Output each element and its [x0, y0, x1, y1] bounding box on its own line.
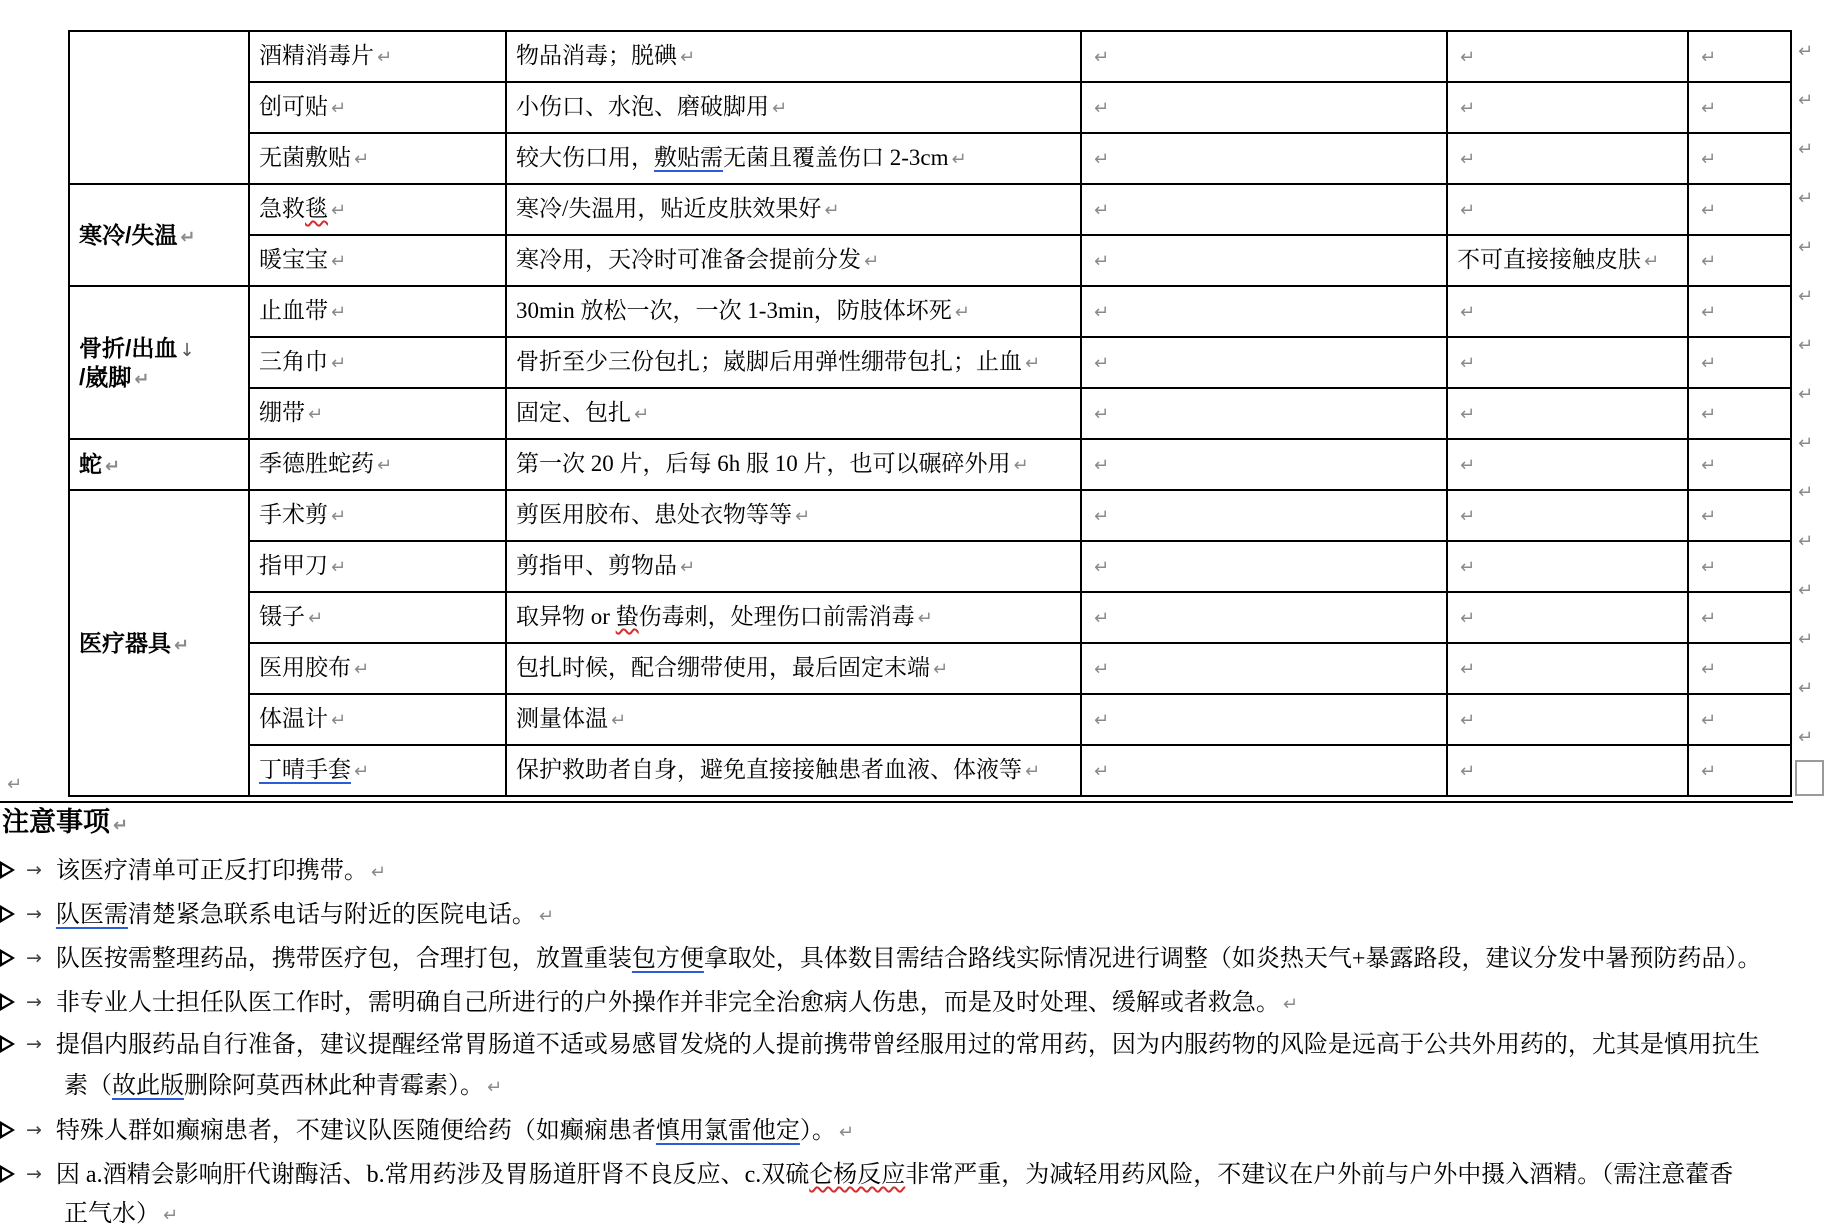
pilcrow-mark: ↵	[1091, 506, 1109, 527]
note-item: →特殊人群如癫痫患者，不建议队医随便给药（如癫痫患者慎用氯雷他定）。↵	[0, 1114, 854, 1149]
note-text: 素（	[64, 1073, 112, 1099]
remark-cell: ↵	[1447, 133, 1688, 184]
row-end-mark: ↵	[1798, 667, 1813, 716]
note-item-continued: 素（故此版删除阿莫西林此种青霉素）。↵	[0, 1070, 502, 1104]
empty-cell: ↵	[1081, 439, 1447, 490]
pilcrow-mark: ↵	[328, 200, 346, 221]
item-cell: 体温计↵	[249, 694, 506, 745]
pilcrow-mark: ↵	[1091, 455, 1109, 476]
empty-cell: ↵	[1081, 184, 1447, 235]
pilcrow-mark: ↵	[1280, 994, 1298, 1015]
usage-cell: 剪指甲、剪物品↵	[506, 541, 1081, 592]
paragraph-mark: ↵	[4, 774, 22, 795]
note-item-continued: 正气水）↵	[0, 1198, 178, 1224]
pilcrow-mark: ↵	[1091, 98, 1109, 119]
note-text: ）。	[800, 1118, 836, 1144]
usage-cell: 寒冷/失温用，贴近皮肤效果好↵	[506, 184, 1081, 235]
pilcrow-mark: ↵	[608, 710, 626, 731]
empty-cell: ↵	[1081, 31, 1447, 82]
item-cell: 暖宝宝↵	[249, 235, 506, 286]
pilcrow-mark: ↵	[1698, 761, 1716, 782]
empty-cell: ↵	[1688, 541, 1791, 592]
remark-cell: ↵	[1447, 286, 1688, 337]
pilcrow-mark: ↵	[351, 149, 369, 170]
usage-cell: 第一次 20 片，后每 6h 服 10 片，也可以碾碎外用↵	[506, 439, 1081, 490]
item-cell: 急救毯↵	[249, 184, 506, 235]
pilcrow-mark: ↵	[305, 404, 323, 425]
anchor-box	[1795, 760, 1824, 796]
remark-cell: ↵	[1447, 592, 1688, 643]
note-text: 因 a.酒精会影响肝代谢酶活、b.常用药涉及胃肠道肝肾不良反应、c.双硫	[56, 1162, 809, 1188]
item-cell: 镊子↵	[249, 592, 506, 643]
item-cell: 三角巾↵	[249, 337, 506, 388]
empty-cell: ↵	[1081, 643, 1447, 694]
empty-cell: ↵	[1081, 694, 1447, 745]
pilcrow-mark: ↵	[1641, 251, 1659, 272]
tab-mark: →	[26, 1163, 42, 1185]
pilcrow-mark: ↵	[1457, 149, 1475, 170]
table-row: 指甲刀↵ 剪指甲、剪物品↵ ↵ ↵ ↵	[69, 541, 1791, 592]
underlined-text: 丁晴手套	[259, 757, 351, 782]
remark-cell: ↵	[1447, 490, 1688, 541]
row-end-mark: ↵	[1798, 275, 1813, 324]
item-cell: 季德胜蛇药↵	[249, 439, 506, 490]
tab-mark: →	[26, 1033, 42, 1055]
usage-cell: 小伤口、水泡、磨破脚用↵	[506, 82, 1081, 133]
note-item: →非专业人士担任队医工作时，需明确自己所进行的户外操作并非完全治愈病人伤患，而是…	[0, 986, 1298, 1021]
usage-text: 寒冷/失温用，贴近皮肤效果好	[516, 196, 821, 221]
item-label: 季德胜蛇药	[259, 451, 374, 476]
note-text: 特殊人群如癫痫患者，不建议队医随便给药（如癫痫患者	[56, 1118, 656, 1144]
pilcrow-mark: ↵	[1698, 251, 1716, 272]
underlined-text: 包方便	[632, 946, 704, 972]
table-row: 绷带↵ 固定、包扎↵ ↵ ↵ ↵	[69, 388, 1791, 439]
bullet-arrow-icon	[0, 993, 15, 1011]
table-row: 酒精消毒片↵ 物品消毒；脱碘↵ ↵ ↵ ↵	[69, 31, 1791, 82]
tab-mark: →	[26, 859, 42, 881]
table-row: 暖宝宝↵ 寒冷用，天冷时可准备会提前分发↵ ↵ 不可直接接触皮肤↵ ↵	[69, 235, 1791, 286]
pilcrow-mark: ↵	[1698, 710, 1716, 731]
row-end-mark: ↵	[1798, 716, 1813, 765]
pilcrow-mark: ↵	[1011, 455, 1029, 476]
pilcrow-mark: ↵	[1698, 608, 1716, 629]
empty-cell: ↵	[1081, 490, 1447, 541]
usage-text: 取异物 or	[516, 604, 616, 629]
bullet-arrow-icon	[0, 905, 15, 923]
pilcrow-mark: ↵	[1457, 659, 1475, 680]
pilcrow-mark: ↵	[1022, 353, 1040, 374]
table-row: 丁晴手套↵ 保护救助者自身，避免直接接触患者血液、体液等↵ ↵ ↵ ↵	[69, 745, 1791, 796]
pilcrow-mark: ↵	[1698, 455, 1716, 476]
pilcrow-mark: ↵	[1457, 455, 1475, 476]
remark-cell: ↵	[1447, 82, 1688, 133]
note-text: 非专业人士担任队医工作时，需明确自己所进行的户外操作并非完全治愈病人伤患，而是及…	[56, 990, 1280, 1016]
pilcrow-mark: ↵	[631, 404, 649, 425]
table-row: 医疗器具↵ 手术剪↵ 剪医用胶布、患处衣物等等↵ ↵ ↵ ↵	[69, 490, 1791, 541]
pilcrow-mark: ↵	[484, 1077, 502, 1098]
table-row: 骨折/出血↓/崴脚↵ 止血带↵ 30min 放松一次，一次 1-3min，防肢体…	[69, 286, 1791, 337]
divider-line	[0, 801, 1793, 803]
remark-cell: ↵	[1447, 439, 1688, 490]
note-text: 清楚紧急联系电话与附近的医院电话。	[128, 902, 536, 928]
empty-cell: ↵	[1081, 541, 1447, 592]
pilcrow-mark: ↵	[536, 906, 554, 927]
empty-cell: ↵	[1081, 286, 1447, 337]
category-label: 蛇	[79, 451, 102, 477]
item-label: 指甲刀	[259, 553, 328, 578]
usage-cell: 寒冷用，天冷时可准备会提前分发↵	[506, 235, 1081, 286]
remark-cell: ↵	[1447, 745, 1688, 796]
item-label: 医用胶布	[259, 655, 351, 680]
usage-text: 剪指甲、剪物品	[516, 553, 677, 578]
pilcrow-mark: ↵	[1457, 353, 1475, 374]
empty-cell: ↵	[1688, 184, 1791, 235]
usage-cell: 较大伤口用，敷贴需无菌且覆盖伤口 2-3cm↵	[506, 133, 1081, 184]
tab-mark: →	[26, 991, 42, 1013]
remark-text: 不可直接接触皮肤	[1457, 247, 1641, 272]
item-label: 止血带	[259, 298, 328, 323]
medical-supplies-table: 酒精消毒片↵ 物品消毒；脱碘↵ ↵ ↵ ↵ 创可贴↵ 小伤口、水泡、磨破脚用↵ …	[68, 30, 1792, 797]
row-end-mark: ↵	[1798, 520, 1813, 569]
table-row: 无菌敷贴↵ 较大伤口用，敷贴需无菌且覆盖伤口 2-3cm↵ ↵ ↵ ↵	[69, 133, 1791, 184]
item-cell: 无菌敷贴↵	[249, 133, 506, 184]
pilcrow-mark: ↵	[305, 608, 323, 629]
pilcrow-mark: ↵	[160, 1205, 178, 1224]
pilcrow-mark: ↵	[131, 369, 149, 390]
tab-mark: →	[26, 1119, 42, 1141]
note-text: 队医按需整理药品，携带医疗包，合理打包，放置重装	[56, 946, 632, 972]
remark-cell: ↵	[1447, 31, 1688, 82]
pilcrow-mark: ↵	[861, 251, 879, 272]
empty-cell: ↵	[1081, 388, 1447, 439]
empty-cell: ↵	[1081, 745, 1447, 796]
usage-text: 伤毒刺，处理伤口前需消毒	[639, 604, 915, 629]
pilcrow-mark: ↵	[374, 455, 392, 476]
table-row: 寒冷/失温↵ 急救毯↵ 寒冷/失温用，贴近皮肤效果好↵ ↵ ↵ ↵	[69, 184, 1791, 235]
row-end-mark: ↵	[1798, 79, 1813, 128]
item-label: 酒精消毒片	[259, 43, 374, 68]
pilcrow-mark: ↵	[374, 47, 392, 68]
row-end-mark: ↵	[1798, 569, 1813, 618]
pilcrow-mark: ↵	[1698, 404, 1716, 425]
table-row: 体温计↵ 测量体温↵ ↵ ↵ ↵	[69, 694, 1791, 745]
row-end-mark: ↵	[1798, 128, 1813, 177]
pilcrow-mark: ↵	[952, 302, 970, 323]
item-label: 暖宝宝	[259, 247, 328, 272]
pilcrow-mark: ↵	[1457, 506, 1475, 527]
item-cell: 指甲刀↵	[249, 541, 506, 592]
pilcrow-mark: ↵	[1698, 98, 1716, 119]
usage-text: 无菌且覆盖伤口 2-3cm	[723, 145, 949, 170]
usage-cell: 测量体温↵	[506, 694, 1081, 745]
item-cell: 医用胶布↵	[249, 643, 506, 694]
item-label: 体温计	[259, 706, 328, 731]
remark-cell: ↵	[1447, 541, 1688, 592]
category-cell-fracture: 骨折/出血↓/崴脚↵	[69, 286, 249, 439]
pilcrow-mark: ↵	[1091, 200, 1109, 221]
row-end-mark: ↵	[1798, 618, 1813, 667]
empty-cell: ↵	[1081, 235, 1447, 286]
pilcrow-mark: ↵	[328, 710, 346, 731]
usage-text: 剪医用胶布、患处衣物等等	[516, 502, 792, 527]
pilcrow-mark: ↵	[102, 456, 120, 477]
table-row: 镊子↵ 取异物 or 蛰伤毒刺，处理伤口前需消毒↵ ↵ ↵ ↵	[69, 592, 1791, 643]
table-row: 三角巾↵ 骨折至少三份包扎；崴脚后用弹性绷带包扎；止血↵ ↵ ↵ ↵	[69, 337, 1791, 388]
pilcrow-mark: ↵	[769, 98, 787, 119]
item-label: 绷带	[259, 400, 305, 425]
pilcrow-mark: ↵	[677, 557, 695, 578]
pilcrow-mark: ↵	[328, 557, 346, 578]
item-cell: 绷带↵	[249, 388, 506, 439]
row-end-mark: ↵	[1798, 30, 1813, 79]
usage-text: 保护救助者自身，避免直接接触患者血液、体液等	[516, 757, 1022, 782]
pilcrow-mark: ↵	[1698, 200, 1716, 221]
usage-cell: 固定、包扎↵	[506, 388, 1081, 439]
pilcrow-mark: ↵	[1091, 251, 1109, 272]
note-item: →因 a.酒精会影响肝代谢酶活、b.常用药涉及胃肠道肝肾不良反应、c.双硫仑杨反…	[0, 1158, 1733, 1191]
pilcrow-mark: ↵	[1457, 302, 1475, 323]
tab-mark: →	[26, 903, 42, 925]
pilcrow-mark: ↵	[1698, 353, 1716, 374]
category-cell-blank	[69, 31, 249, 184]
pilcrow-mark: ↵	[1091, 149, 1109, 170]
empty-cell: ↵	[1688, 439, 1791, 490]
pilcrow-mark: ↵	[1698, 506, 1716, 527]
item-cell: 丁晴手套↵	[249, 745, 506, 796]
item-cell: 酒精消毒片↵	[249, 31, 506, 82]
pilcrow-mark: ↵	[1698, 302, 1716, 323]
usage-cell: 骨折至少三份包扎；崴脚后用弹性绷带包扎；止血↵	[506, 337, 1081, 388]
empty-cell: ↵	[1688, 388, 1791, 439]
pilcrow-mark: ↵	[1091, 404, 1109, 425]
row-end-mark: ↵	[1798, 226, 1813, 275]
pilcrow-mark: ↵	[1457, 98, 1475, 119]
empty-cell: ↵	[1688, 82, 1791, 133]
note-text: 正气水）	[64, 1201, 160, 1224]
empty-cell: ↵	[1081, 337, 1447, 388]
item-label: 创可贴	[259, 94, 328, 119]
pilcrow-mark: ↵	[1091, 353, 1109, 374]
bullet-arrow-icon	[0, 861, 15, 879]
remark-cell: ↵	[1447, 694, 1688, 745]
usage-text: 较大伤口用，	[516, 145, 654, 170]
pilcrow-mark: ↵	[930, 659, 948, 680]
empty-cell: ↵	[1688, 745, 1791, 796]
tab-mark: →	[26, 947, 42, 969]
remark-cell: ↵	[1447, 337, 1688, 388]
underlined-text: 队医需	[56, 902, 128, 928]
empty-cell: ↵	[1688, 133, 1791, 184]
pilcrow-mark: ↵	[1457, 557, 1475, 578]
pilcrow-mark: ↵	[1091, 659, 1109, 680]
row-end-mark: ↵	[1798, 324, 1813, 373]
usage-cell: 取异物 or 蛰伤毒刺，处理伤口前需消毒↵	[506, 592, 1081, 643]
pilcrow-mark: ↵	[677, 47, 695, 68]
usage-cell: 包扎时候，配合绷带使用，最后固定末端↵	[506, 643, 1081, 694]
pilcrow-mark: ↵	[836, 1122, 854, 1143]
empty-cell: ↵	[1688, 643, 1791, 694]
pilcrow-mark: ↵	[792, 506, 810, 527]
notes-heading-text: 注意事项	[2, 807, 110, 837]
empty-cell: ↵	[1688, 286, 1791, 337]
pilcrow-mark: ↵	[328, 353, 346, 374]
pilcrow-mark: ↵	[1091, 710, 1109, 731]
spellcheck-text: 毯	[305, 196, 328, 221]
pilcrow-mark: ↵	[1091, 608, 1109, 629]
item-cell: 创可贴↵	[249, 82, 506, 133]
usage-cell: 剪医用胶布、患处衣物等等↵	[506, 490, 1081, 541]
note-item: →该医疗清单可正反打印携带。↵	[0, 854, 386, 889]
document-page: 酒精消毒片↵ 物品消毒；脱碘↵ ↵ ↵ ↵ 创可贴↵ 小伤口、水泡、磨破脚用↵ …	[0, 0, 1841, 1224]
pilcrow-mark: ↵	[1698, 149, 1716, 170]
underlined-text: 敷贴需	[654, 145, 723, 170]
usage-text: 30min 放松一次，一次 1-3min，防肢体坏死	[516, 298, 952, 323]
category-cell-snake: 蛇↵	[69, 439, 249, 490]
empty-cell: ↵	[1688, 694, 1791, 745]
row-end-mark: ↵	[1798, 471, 1813, 520]
usage-text: 物品消毒；脱碘	[516, 43, 677, 68]
note-text: 该医疗清单可正反打印携带。	[56, 858, 368, 884]
category-label: 骨折/出血	[79, 335, 177, 361]
pilcrow-mark: ↵	[328, 506, 346, 527]
bullet-arrow-icon	[0, 949, 15, 967]
usage-text: 固定、包扎	[516, 400, 631, 425]
category-label: 寒冷/失温	[79, 222, 177, 248]
pilcrow-mark: ↵	[328, 302, 346, 323]
usage-text: 寒冷用，天冷时可准备会提前分发	[516, 247, 861, 272]
pilcrow-mark: ↵	[1698, 47, 1716, 68]
note-item: →队医需清楚紧急联系电话与附近的医院电话。↵	[0, 898, 554, 933]
empty-cell: ↵	[1688, 235, 1791, 286]
empty-cell: ↵	[1081, 82, 1447, 133]
pilcrow-mark: ↵	[1091, 47, 1109, 68]
usage-cell: 物品消毒；脱碘↵	[506, 31, 1081, 82]
pilcrow-mark: ↵	[1698, 659, 1716, 680]
pilcrow-mark: ↵	[351, 659, 369, 680]
remark-cell: ↵	[1447, 388, 1688, 439]
remark-cell: ↵	[1447, 184, 1688, 235]
pilcrow-mark: ↵	[328, 251, 346, 272]
pilcrow-mark: ↵	[1091, 557, 1109, 578]
row-end-marks: ↵ ↵ ↵ ↵ ↵ ↵ ↵ ↵ ↵ ↵ ↵ ↵ ↵ ↵ ↵	[1798, 30, 1813, 765]
pilcrow-mark: ↵	[1457, 47, 1475, 68]
category-cell-equipment: 医疗器具↵	[69, 490, 249, 796]
bullet-arrow-icon	[0, 1165, 15, 1183]
usage-text: 骨折至少三份包扎；崴脚后用弹性绷带包扎；止血	[516, 349, 1022, 374]
empty-cell: ↵	[1688, 337, 1791, 388]
pilcrow-mark: ↵	[351, 761, 369, 782]
table-row: 创可贴↵ 小伤口、水泡、磨破脚用↵ ↵ ↵ ↵	[69, 82, 1791, 133]
row-end-mark: ↵	[1798, 422, 1813, 471]
pilcrow-mark: ↵	[1457, 710, 1475, 731]
pilcrow-mark: ↵	[110, 815, 128, 836]
pilcrow-mark: ↵	[1698, 557, 1716, 578]
pilcrow-mark: ↵	[1022, 761, 1040, 782]
empty-cell: ↵	[1688, 592, 1791, 643]
item-label: 三角巾	[259, 349, 328, 374]
pilcrow-mark: ↵	[1091, 302, 1109, 323]
pilcrow-mark: ↵	[328, 98, 346, 119]
pilcrow-mark: ↵	[368, 862, 386, 883]
pilcrow-mark: ↵	[171, 635, 189, 656]
item-label: 手术剪	[259, 502, 328, 527]
note-item: →提倡内服药品自行准备，建议提醒经常胃肠道不适或易感冒发烧的人提前携带曾经服用过…	[0, 1028, 1760, 1061]
bullet-arrow-icon	[0, 1035, 15, 1053]
table-row: 医用胶布↵ 包扎时候，配合绷带使用，最后固定末端↵ ↵ ↵ ↵	[69, 643, 1791, 694]
pilcrow-mark: ↵	[821, 200, 839, 221]
usage-cell: 30min 放松一次，一次 1-3min，防肢体坏死↵	[506, 286, 1081, 337]
remark-cell: ↵	[1447, 643, 1688, 694]
underlined-text: 故此版	[112, 1073, 184, 1099]
pilcrow-mark: ↵	[1457, 608, 1475, 629]
pilcrow-mark: ↵	[1457, 200, 1475, 221]
category-label: 医疗器具	[79, 630, 171, 656]
linebreak-mark: ↓	[177, 340, 194, 361]
item-cell: 手术剪↵	[249, 490, 506, 541]
usage-text: 第一次 20 片，后每 6h 服 10 片，也可以碾碎外用	[516, 451, 1011, 476]
pilcrow-mark: ↵	[915, 608, 933, 629]
pilcrow-mark: ↵	[177, 227, 195, 248]
note-text: 非常严重，为减轻用药风险，不建议在户外前与户外中摄入酒精。（需注意藿香	[905, 1162, 1733, 1188]
item-label: 镊子	[259, 604, 305, 629]
usage-text: 小伤口、水泡、磨破脚用	[516, 94, 769, 119]
category-cell-cold: 寒冷/失温↵	[69, 184, 249, 286]
usage-cell: 保护救助者自身，避免直接接触患者血液、体液等↵	[506, 745, 1081, 796]
item-label: 急救	[259, 196, 305, 221]
item-cell: 止血带↵	[249, 286, 506, 337]
empty-cell: ↵	[1688, 490, 1791, 541]
pilcrow-mark: ↵	[1091, 761, 1109, 782]
item-label: 无菌敷贴	[259, 145, 351, 170]
spellcheck-text: 仑杨反应	[809, 1162, 905, 1188]
underlined-text: 慎用氯雷他定	[656, 1118, 800, 1144]
category-label: /崴脚	[79, 364, 131, 390]
pilcrow-mark: ↵	[1457, 404, 1475, 425]
table-row: 蛇↵ 季德胜蛇药↵ 第一次 20 片，后每 6h 服 10 片，也可以碾碎外用↵…	[69, 439, 1791, 490]
row-end-mark: ↵	[1798, 177, 1813, 226]
pilcrow-mark: ↵	[949, 149, 967, 170]
row-end-mark: ↵	[1798, 373, 1813, 422]
empty-cell: ↵	[1081, 133, 1447, 184]
note-text: 拿取处，具体数目需结合路线实际情况进行调整（如炎热天气+暴露路段，建议分发中暑预…	[704, 946, 1762, 972]
pilcrow-mark: ↵	[1457, 761, 1475, 782]
empty-cell: ↵	[1081, 592, 1447, 643]
spellcheck-text: 蛰	[616, 604, 639, 629]
empty-cell: ↵	[1688, 31, 1791, 82]
remark-cell: 不可直接接触皮肤↵	[1447, 235, 1688, 286]
usage-text: 测量体温	[516, 706, 608, 731]
note-text: 提倡内服药品自行准备，建议提醒经常胃肠道不适或易感冒发烧的人提前携带曾经服用过的…	[56, 1032, 1760, 1058]
note-item: →队医按需整理药品，携带医疗包，合理打包，放置重装包方便拿取处，具体数目需结合路…	[0, 942, 1761, 975]
notes-heading: 注意事项↵	[2, 800, 128, 839]
note-text: 删除阿莫西林此种青霉素）。	[184, 1073, 484, 1099]
bullet-arrow-icon	[0, 1121, 15, 1139]
usage-text: 包扎时候，配合绷带使用，最后固定末端	[516, 655, 930, 680]
